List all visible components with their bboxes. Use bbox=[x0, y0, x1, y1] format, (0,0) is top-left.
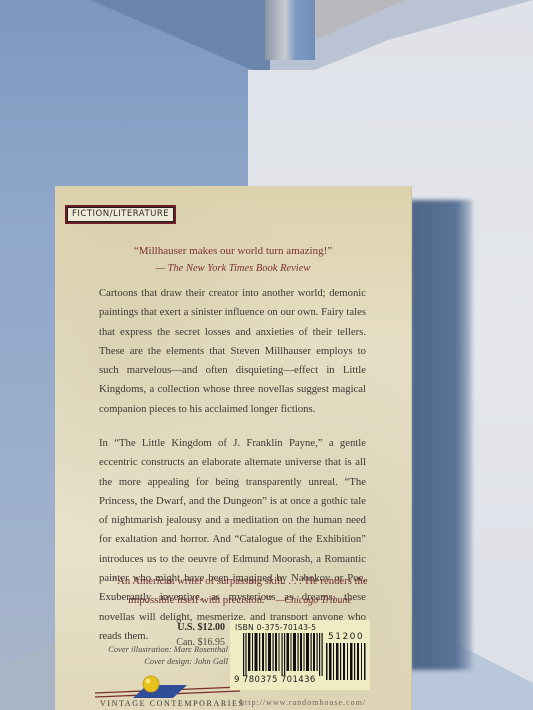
corner-edge bbox=[265, 0, 315, 60]
cover-credits: Cover illustration: Marc Rosenthal Cover… bbox=[80, 643, 228, 667]
description-paragraph-2: In “The Little Kingdom of J. Franklin Pa… bbox=[99, 434, 366, 646]
price-us: U.S. $12.00 bbox=[160, 620, 225, 635]
credit-illustration: Cover illustration: Marc Rosenthal bbox=[80, 643, 228, 655]
barcode-main-icon bbox=[243, 633, 323, 676]
price-code: 51200 bbox=[328, 632, 364, 642]
bottom-blurb-source: —Chicago Tribune bbox=[276, 595, 352, 606]
bottom-blurb: “An American writer of surpassing skill.… bbox=[105, 572, 375, 610]
book-shadow bbox=[410, 200, 472, 670]
isbn-digits: 9 780375 701436 bbox=[234, 675, 316, 685]
top-blurb-text: “Millhauser makes our world turn amazing… bbox=[55, 242, 411, 260]
book-back-cover: FICTION/LITERATURE “Millhauser makes our… bbox=[55, 186, 411, 710]
genre-label: FICTION/LITERATURE bbox=[68, 208, 173, 221]
photo-scene: FICTION/LITERATURE “Millhauser makes our… bbox=[0, 0, 533, 710]
top-blurb-source: — The New York Times Book Review bbox=[55, 260, 411, 278]
barcode-addon-icon bbox=[326, 643, 366, 680]
barcode-panel: ISBN 0-375-70143-5 bbox=[230, 620, 370, 690]
publisher-url: http://www.randomhouse.com/ bbox=[240, 698, 366, 707]
genre-label-box: FICTION/LITERATURE bbox=[65, 205, 176, 224]
isbn-label: ISBN 0-375-70143-5 bbox=[235, 623, 316, 632]
credit-design: Cover design: John Gall bbox=[80, 655, 228, 667]
upper-right-wall bbox=[315, 0, 405, 40]
top-blurb: “Millhauser makes our world turn amazing… bbox=[55, 242, 411, 278]
description-paragraph-1: Cartoons that draw their creator into an… bbox=[99, 284, 366, 419]
imprint-name: VINTAGE CONTEMPORARIES bbox=[100, 699, 245, 708]
